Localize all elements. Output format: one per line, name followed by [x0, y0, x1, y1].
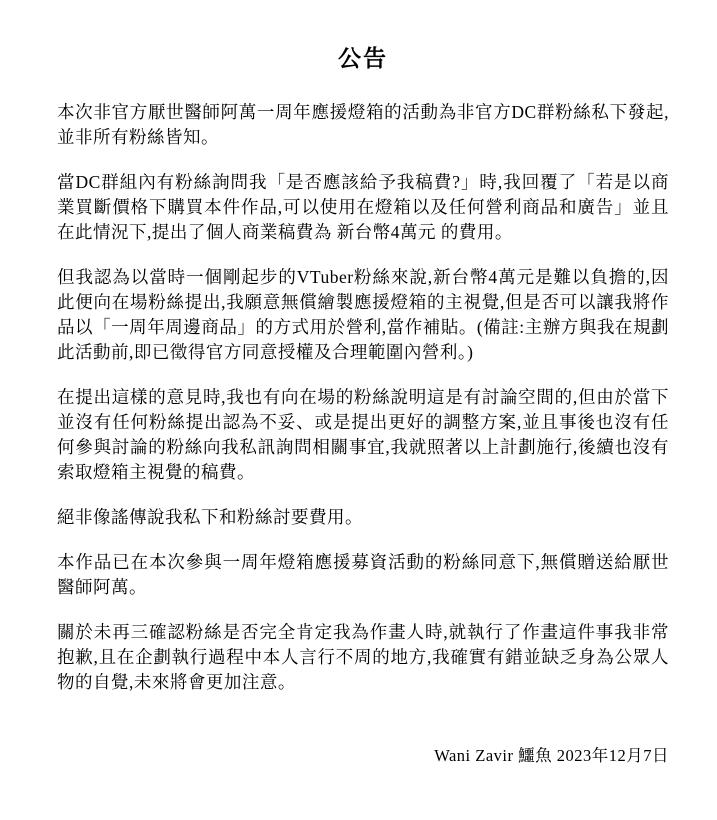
paragraph-merch-proposal: 但我認為以當時一個剛起步的VTuber粉絲來說,新台幣4萬元是難以負擔的,因此便…	[57, 265, 669, 365]
paragraph-fee-question: 當DC群組內有粉絲詢問我「是否應該給予我稿費?」時,我回覆了「若是以商業買斷價格…	[57, 170, 669, 245]
paragraph-discussion: 在提出這樣的意見時,我也有向在場的粉絲說明這是有討論空間的,但由於當下並沒有任何…	[57, 385, 669, 485]
paragraph-denial: 絕非像謠傳說我私下和粉絲討要費用。	[57, 505, 669, 530]
paragraph-gift: 本作品已在本次參與一周年燈箱應援募資活動的粉絲同意下,無償贈送給厭世醫師阿萬。	[57, 550, 669, 600]
signature-line: Wani Zavir 鱷魚 2023年12月7日	[57, 743, 669, 768]
document-body: 本次非官方厭世醫師阿萬一周年應援燈箱的活動為非官方DC群粉絲私下發起,並非所有粉…	[57, 100, 669, 695]
announcement-page: 公告 本次非官方厭世醫師阿萬一周年應援燈箱的活動為非官方DC群粉絲私下發起,並非…	[0, 0, 717, 820]
page-title: 公告	[57, 44, 669, 74]
paragraph-intro: 本次非官方厭世醫師阿萬一周年應援燈箱的活動為非官方DC群粉絲私下發起,並非所有粉…	[57, 100, 669, 150]
paragraph-apology: 關於未再三確認粉絲是否完全肯定我為作畫人時,就執行了作畫這件事我非常抱歉,且在企…	[57, 620, 669, 695]
